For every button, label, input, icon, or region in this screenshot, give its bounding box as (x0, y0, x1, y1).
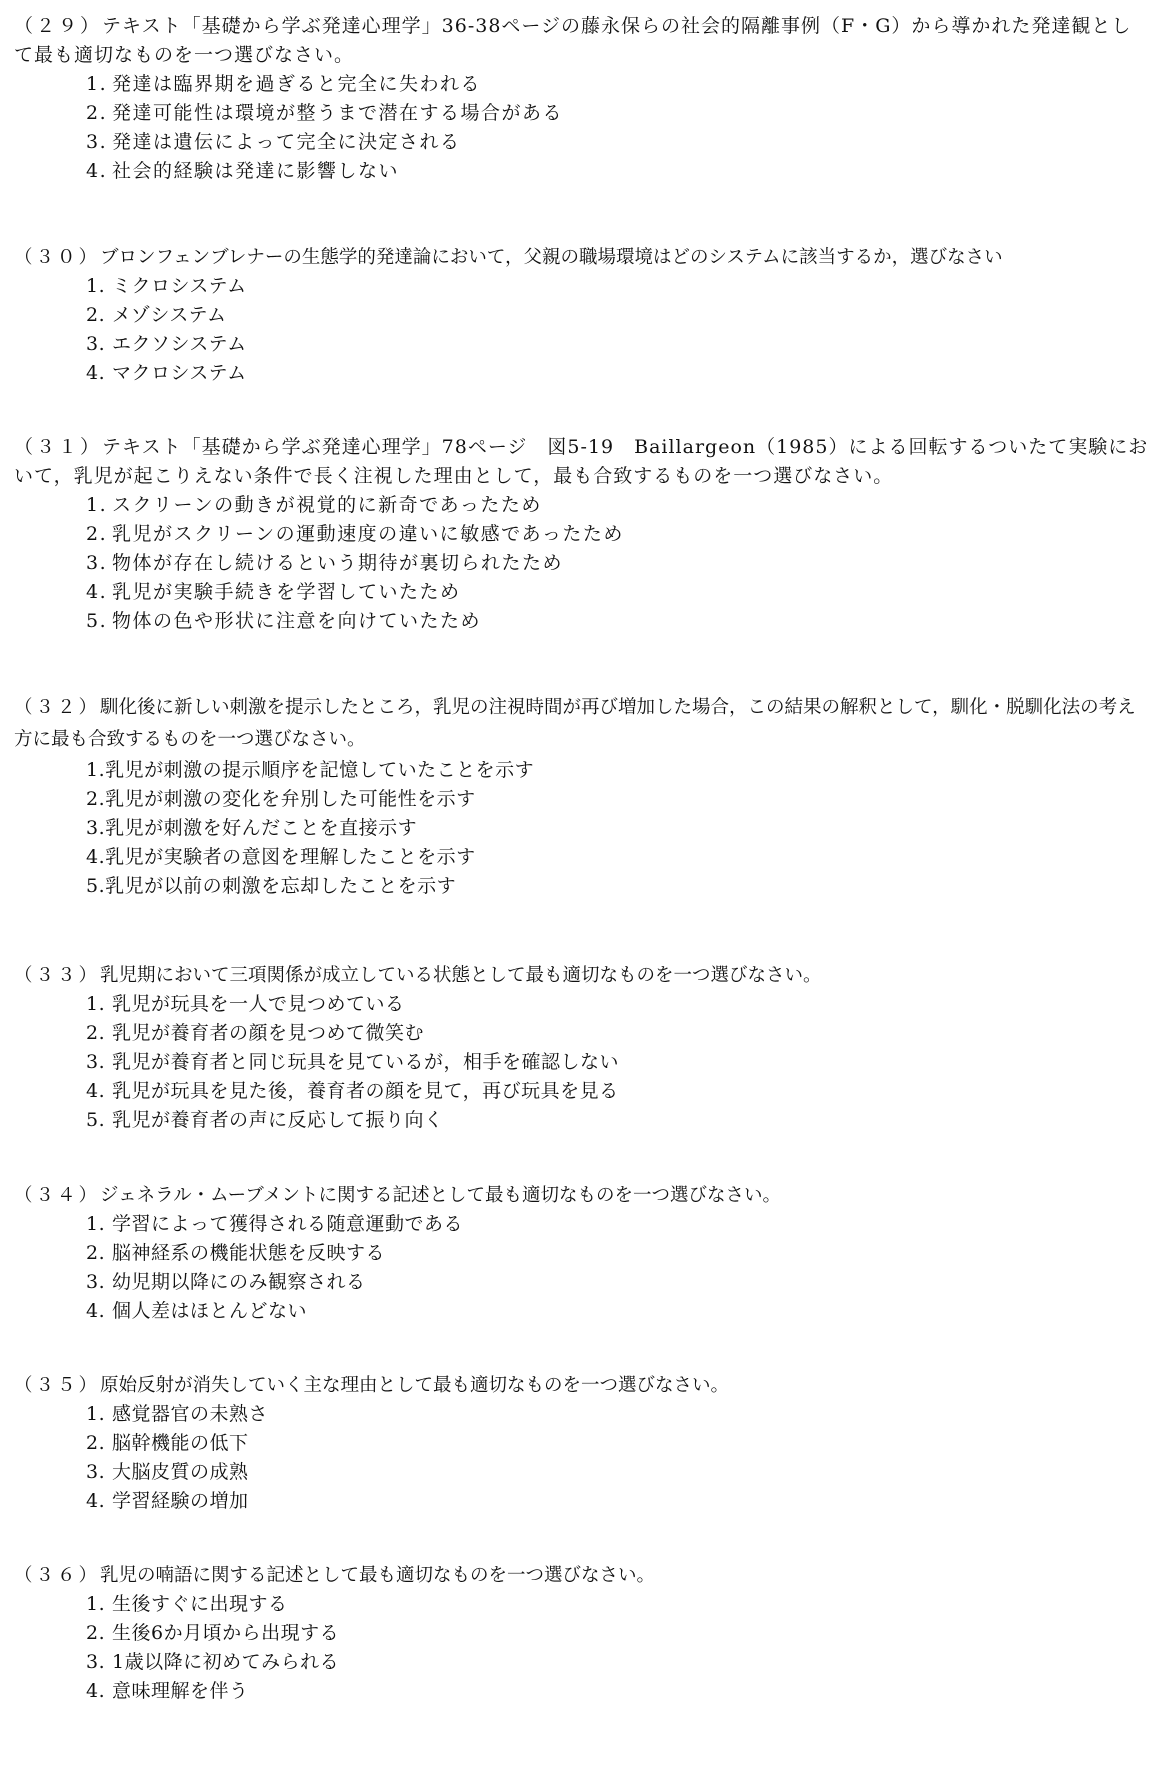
option-text: 学習経験の増加 (112, 1490, 249, 1512)
option-text: 学習によって獲得される随意運動である (112, 1213, 463, 1235)
option-text: 生後6か月頃から出現する (112, 1622, 339, 1644)
option-number: 2. (86, 1429, 112, 1458)
option-2[interactable]: 2.生後6か月頃から出現する (0, 1619, 1160, 1648)
option-text: 社会的経験は発達に影響しない (112, 160, 399, 182)
option-3[interactable]: 3.発達は遺伝によって完全に決定される (0, 128, 1160, 157)
option-number: 2. (86, 520, 112, 549)
option-text: 物体の色や形状に注意を向けていたため (112, 610, 481, 632)
question-number: （３０） (14, 247, 100, 268)
option-number: 4. (86, 359, 112, 388)
option-list: 1.生後すぐに出現する 2.生後6か月頃から出現する 3.1歳以降に初めてみられ… (0, 1590, 1160, 1706)
option-text: 乳児が玩具を一人で見つめている (112, 993, 405, 1015)
option-list: 1.学習によって獲得される随意運動である 2.脳神経系の機能状態を反映する 3.… (0, 1210, 1160, 1326)
question-text: （３１）テキスト「基礎から学ぶ発達心理学」78ページ 図5-19 Baillar… (0, 433, 1160, 491)
option-1[interactable]: 1.乳児が玩具を一人で見つめている (0, 990, 1160, 1019)
option-text: 乳児が実験者の意図を理解したことを示す (105, 846, 476, 868)
question-33: （３３）乳児期において三項関係が成立している状態として最も適切なものを一つ選びな… (0, 961, 1160, 1135)
option-4[interactable]: 4.マクロシステム (0, 359, 1160, 388)
option-list: 1.乳児が刺激の提示順序を記憶していたことを示す 2.乳児が刺激の変化を弁別した… (0, 756, 1160, 901)
option-list: 1.ミクロシステム 2.メゾシステム 3.エクソシステム 4.マクロシステム (0, 272, 1160, 388)
option-number: 4. (86, 1077, 112, 1106)
question-number: （３４） (14, 1185, 100, 1206)
option-4[interactable]: 4.意味理解を伴う (0, 1677, 1160, 1706)
option-number: 2. (86, 301, 112, 330)
option-text: マクロシステム (112, 362, 247, 384)
option-text: 乳児が刺激の変化を弁別した可能性を示す (105, 788, 476, 810)
option-number: 1. (86, 990, 112, 1019)
option-list: 1.発達は臨界期を過ぎると完全に失われる 2.発達可能性は環境が整うまで潜在する… (0, 70, 1160, 186)
option-2[interactable]: 2.乳児が刺激の変化を弁別した可能性を示す (0, 785, 1160, 814)
option-3[interactable]: 3.大脳皮質の成熟 (0, 1458, 1160, 1487)
question-body: 乳児の喃語に関する記述として最も適切なものを一つ選びなさい。 (100, 1565, 655, 1586)
option-text: 発達可能性は環境が整うまで潜在する場合がある (112, 102, 563, 124)
option-number: 1. (86, 1210, 112, 1239)
option-number: 2. (86, 99, 112, 128)
question-text: （３３）乳児期において三項関係が成立している状態として最も適切なものを一つ選びな… (0, 961, 1160, 990)
option-4[interactable]: 4.学習経験の増加 (0, 1487, 1160, 1516)
option-number: 2. (86, 785, 105, 814)
option-text: 発達は臨界期を過ぎると完全に失われる (112, 73, 481, 95)
question-body: ブロンフェンブレナーの生態学的発達論において，父親の職場環境はどのシステムに該当… (100, 247, 1003, 268)
option-5[interactable]: 5.物体の色や形状に注意を向けていたため (0, 607, 1160, 636)
option-number: 3. (86, 128, 112, 157)
option-number: 2. (86, 1239, 112, 1268)
option-1[interactable]: 1.スクリーンの動きが視覚的に新奇であったため (0, 491, 1160, 520)
option-1[interactable]: 1.生後すぐに出現する (0, 1590, 1160, 1619)
option-number: 4. (86, 843, 105, 872)
option-text: 個人差はほとんどない (112, 1300, 307, 1322)
option-1[interactable]: 1.ミクロシステム (0, 272, 1160, 301)
option-number: 1. (86, 1400, 112, 1429)
option-3[interactable]: 3.乳児が養育者と同じ玩具を見ているが，相手を確認しない (0, 1048, 1160, 1077)
option-text: 乳児が養育者の顔を見つめて微笑む (112, 1022, 424, 1044)
option-text: 感覚器官の未熟さ (112, 1403, 268, 1425)
option-3[interactable]: 3.乳児が刺激を好んだことを直接示す (0, 814, 1160, 843)
question-text: （３０）ブロンフェンブレナーの生態学的発達論において，父親の職場環境はどのシステ… (0, 243, 1160, 272)
question-36: （３６）乳児の喃語に関する記述として最も適切なものを一つ選びなさい。 1.生後す… (0, 1561, 1160, 1706)
question-number: （２９） (14, 15, 102, 37)
option-number: 1. (86, 272, 112, 301)
option-3[interactable]: 3.エクソシステム (0, 330, 1160, 359)
option-3[interactable]: 3.幼児期以降にのみ観察される (0, 1268, 1160, 1297)
option-number: 5. (86, 1106, 112, 1135)
option-number: 2. (86, 1619, 112, 1648)
option-4[interactable]: 4.個人差はほとんどない (0, 1297, 1160, 1326)
question-31: （３１）テキスト「基礎から学ぶ発達心理学」78ページ 図5-19 Baillar… (0, 433, 1160, 636)
option-number: 3. (86, 1458, 112, 1487)
option-1[interactable]: 1.学習によって獲得される随意運動である (0, 1210, 1160, 1239)
option-text: 生後すぐに出現する (112, 1593, 288, 1615)
option-text: 意味理解を伴う (112, 1680, 249, 1702)
question-32: （３２）馴化後に新しい刺激を提示したところ，乳児の注視時間が再び増加した場合，こ… (0, 692, 1160, 901)
option-text: ミクロシステム (112, 275, 247, 297)
option-4[interactable]: 4.乳児が実験手続きを学習していたため (0, 578, 1160, 607)
option-number: 4. (86, 578, 112, 607)
option-text: 大脳皮質の成熟 (112, 1461, 249, 1483)
option-number: 4. (86, 1677, 112, 1706)
option-text: 乳児が養育者の声に反応して振り向く (112, 1109, 444, 1131)
option-number: 1. (86, 491, 112, 520)
option-text: 乳児がスクリーンの運動速度の違いに敏感であったため (112, 523, 624, 545)
option-text: 物体が存在し続けるという期待が裏切られたため (112, 552, 563, 574)
option-list: 1.感覚器官の未熟さ 2.脳幹機能の低下 3.大脳皮質の成熟 4.学習経験の増加 (0, 1400, 1160, 1516)
option-5[interactable]: 5.乳児が以前の刺激を忘却したことを示す (0, 872, 1160, 901)
option-text: 乳児が玩具を見た後，養育者の顔を見て，再び玩具を見る (112, 1080, 619, 1102)
option-text: 発達は遺伝によって完全に決定される (112, 131, 461, 153)
option-list: 1.乳児が玩具を一人で見つめている 2.乳児が養育者の顔を見つめて微笑む 3.乳… (0, 990, 1160, 1135)
option-text: 幼児期以降にのみ観察される (112, 1271, 366, 1293)
option-2[interactable]: 2.メゾシステム (0, 301, 1160, 330)
question-text: （２９）テキスト「基礎から学ぶ発達心理学」36‐38ページの藤永保らの社会的隔離… (0, 12, 1160, 70)
option-5[interactable]: 5.乳児が養育者の声に反応して振り向く (0, 1106, 1160, 1135)
option-number: 1. (86, 756, 105, 785)
option-text: 脳幹機能の低下 (112, 1432, 249, 1454)
option-text: 乳児が養育者と同じ玩具を見ているが，相手を確認しない (112, 1051, 619, 1073)
option-number: 3. (86, 1048, 112, 1077)
option-number: 5. (86, 607, 112, 636)
option-2[interactable]: 2.脳神経系の機能状態を反映する (0, 1239, 1160, 1268)
option-1[interactable]: 1.乳児が刺激の提示順序を記憶していたことを示す (0, 756, 1160, 785)
option-1[interactable]: 1.発達は臨界期を過ぎると完全に失われる (0, 70, 1160, 99)
option-list: 1.スクリーンの動きが視覚的に新奇であったため 2.乳児がスクリーンの運動速度の… (0, 491, 1160, 636)
question-body: ジェネラル・ムーブメントに関する記述として最も適切なものを一つ選びなさい。 (100, 1185, 781, 1206)
option-text: スクリーンの動きが視覚的に新奇であったため (112, 494, 542, 516)
option-text: メゾシステム (112, 304, 227, 326)
question-body: 乳児期において三項関係が成立している状態として最も適切なものを一つ選びなさい。 (100, 965, 822, 986)
option-number: 3. (86, 549, 112, 578)
option-text: 乳児が刺激の提示順序を記憶していたことを示す (105, 759, 534, 781)
option-2[interactable]: 2.発達可能性は環境が整うまで潜在する場合がある (0, 99, 1160, 128)
question-body: テキスト「基礎から学ぶ発達心理学」36‐38ページの藤永保らの社会的隔離事例（F… (14, 15, 1131, 66)
option-text: 乳児が以前の刺激を忘却したことを示す (105, 875, 456, 897)
option-number: 3. (86, 1648, 112, 1677)
question-35: （３５）原始反射が消失していく主な理由として最も適切なものを一つ選びなさい。 1… (0, 1371, 1160, 1516)
option-number: 3. (86, 1268, 112, 1297)
question-body: 原始反射が消失していく主な理由として最も適切なものを一つ選びなさい。 (100, 1375, 729, 1396)
option-2[interactable]: 2.乳児がスクリーンの運動速度の違いに敏感であったため (0, 520, 1160, 549)
option-number: 1. (86, 70, 112, 99)
question-number: （３２） (14, 697, 100, 718)
option-3[interactable]: 3.物体が存在し続けるという期待が裏切られたため (0, 549, 1160, 578)
option-4[interactable]: 4.社会的経験は発達に影響しない (0, 157, 1160, 186)
question-29: （２９）テキスト「基礎から学ぶ発達心理学」36‐38ページの藤永保らの社会的隔離… (0, 12, 1160, 186)
option-text: 乳児が刺激を好んだことを直接示す (105, 817, 417, 839)
question-text: （３５）原始反射が消失していく主な理由として最も適切なものを一つ選びなさい。 (0, 1371, 1160, 1400)
question-number: （３５） (14, 1375, 100, 1396)
option-number: 3. (86, 814, 105, 843)
question-number: （３３） (14, 965, 100, 986)
option-text: 1歳以降に初めてみられる (112, 1651, 339, 1673)
question-text: （３６）乳児の喃語に関する記述として最も適切なものを一つ選びなさい。 (0, 1561, 1160, 1590)
option-number: 5. (86, 872, 105, 901)
option-text: 脳神経系の機能状態を反映する (112, 1242, 385, 1264)
question-30: （３０）ブロンフェンブレナーの生態学的発達論において，父親の職場環境はどのシステ… (0, 243, 1160, 388)
option-4[interactable]: 4.乳児が実験者の意図を理解したことを示す (0, 843, 1160, 872)
option-text: エクソシステム (112, 333, 247, 355)
option-3[interactable]: 3.1歳以降に初めてみられる (0, 1648, 1160, 1677)
question-body: 馴化後に新しい刺激を提示したところ，乳児の注視時間が再び増加した場合，この結果の… (14, 697, 1136, 750)
option-2[interactable]: 2.乳児が養育者の顔を見つめて微笑む (0, 1019, 1160, 1048)
option-number: 1. (86, 1590, 112, 1619)
question-text: （３２）馴化後に新しい刺激を提示したところ，乳児の注視時間が再び増加した場合，こ… (0, 692, 1160, 756)
option-number: 4. (86, 1297, 112, 1326)
question-number: （３１） (14, 436, 102, 458)
question-34: （３４）ジェネラル・ムーブメントに関する記述として最も適切なものを一つ選びなさい… (0, 1181, 1160, 1326)
option-number: 2. (86, 1019, 112, 1048)
option-1[interactable]: 1.感覚器官の未熟さ (0, 1400, 1160, 1429)
option-text: 乳児が実験手続きを学習していたため (112, 581, 461, 603)
option-4[interactable]: 4.乳児が玩具を見た後，養育者の顔を見て，再び玩具を見る (0, 1077, 1160, 1106)
question-text: （３４）ジェネラル・ムーブメントに関する記述として最も適切なものを一つ選びなさい… (0, 1181, 1160, 1210)
option-number: 4. (86, 1487, 112, 1516)
question-body: テキスト「基礎から学ぶ発達心理学」78ページ 図5-19 Baillargeon… (14, 436, 1148, 487)
question-number: （３６） (14, 1565, 100, 1586)
option-2[interactable]: 2.脳幹機能の低下 (0, 1429, 1160, 1458)
option-number: 4. (86, 157, 112, 186)
option-number: 3. (86, 330, 112, 359)
